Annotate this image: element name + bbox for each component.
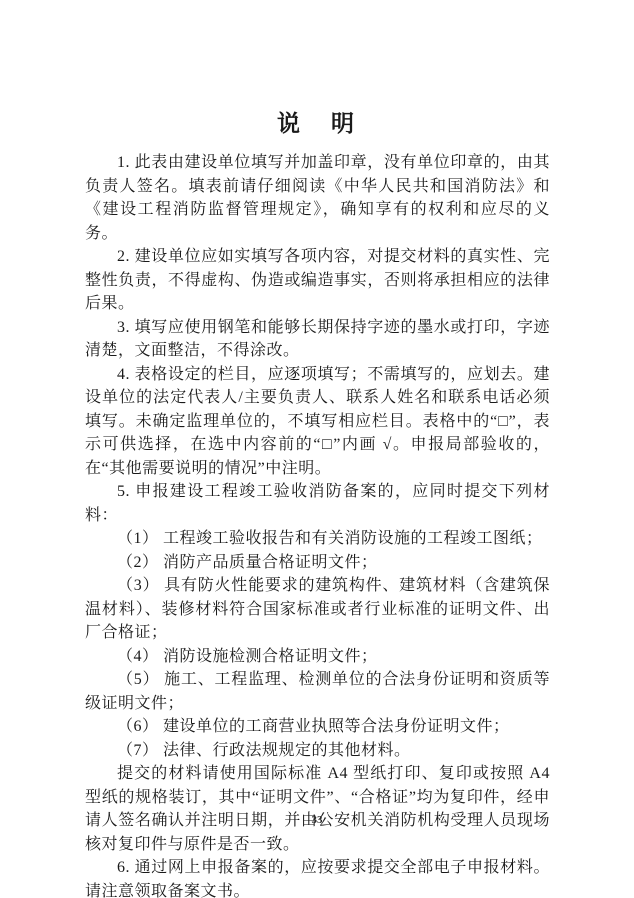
paragraph-1: 1. 此表由建设单位填写并加盖印章，没有单位印章的，由其负责人签名。填表前请仔细… <box>85 151 550 245</box>
document-body: 说 明 1. 此表由建设单位填写并加盖印章，没有单位印章的，由其负责人签名。填表… <box>85 110 550 898</box>
paragraph-3: 3. 填写应使用钢笔和能够长期保持字迹的墨水或打印，字迹清楚，文面整洁，不得涂改… <box>85 316 550 363</box>
list-item-7: （7） 法律、行政法规规定的其他材料。 <box>85 739 550 763</box>
list-item-1: （1） 工程竣工验收报告和有关消防设施的工程竣工图纸； <box>85 527 550 551</box>
document-title: 说 明 <box>85 110 550 138</box>
paragraph-2: 2. 建设单位应如实填写各项内容，对提交材料的真实性、完整性负责，不得虚构、伪造… <box>85 245 550 316</box>
list-item-3: （3） 具有防火性能要求的建筑构件、建筑材料（含建筑保温材料）、装修材料符合国家… <box>85 574 550 645</box>
list-item-6: （6） 建设单位的工商营业执照等合法身份证明文件； <box>85 715 550 739</box>
list-item-5: （5） 施工、工程监理、检测单位的合法身份证明和资质等级证明文件； <box>85 668 550 715</box>
document-page: 说 明 1. 此表由建设单位填写并加盖印章，没有单位印章的，由其负责人签名。填表… <box>0 0 634 898</box>
list-item-2: （2） 消防产品质量合格证明文件； <box>85 551 550 575</box>
paragraph-6: 提交的材料请使用国际标准 A4 型纸打印、复印或按照 A4 型纸的规格装订，其中… <box>85 762 550 856</box>
list-item-4: （4） 消防设施检测合格证明文件； <box>85 645 550 669</box>
paragraph-5: 5. 申报建设工程竣工验收消防备案的，应同时提交下列材料： <box>85 480 550 527</box>
paragraph-4: 4. 表格设定的栏目，应逐项填写；不需填写的，应划去。建设单位的法定代表人/主要… <box>85 363 550 481</box>
paragraph-7: 6. 通过网上申报备案的，应按要求提交全部电子申报材料。请注意领取备案文书。 <box>85 856 550 898</box>
page-number: 33 <box>0 814 634 826</box>
